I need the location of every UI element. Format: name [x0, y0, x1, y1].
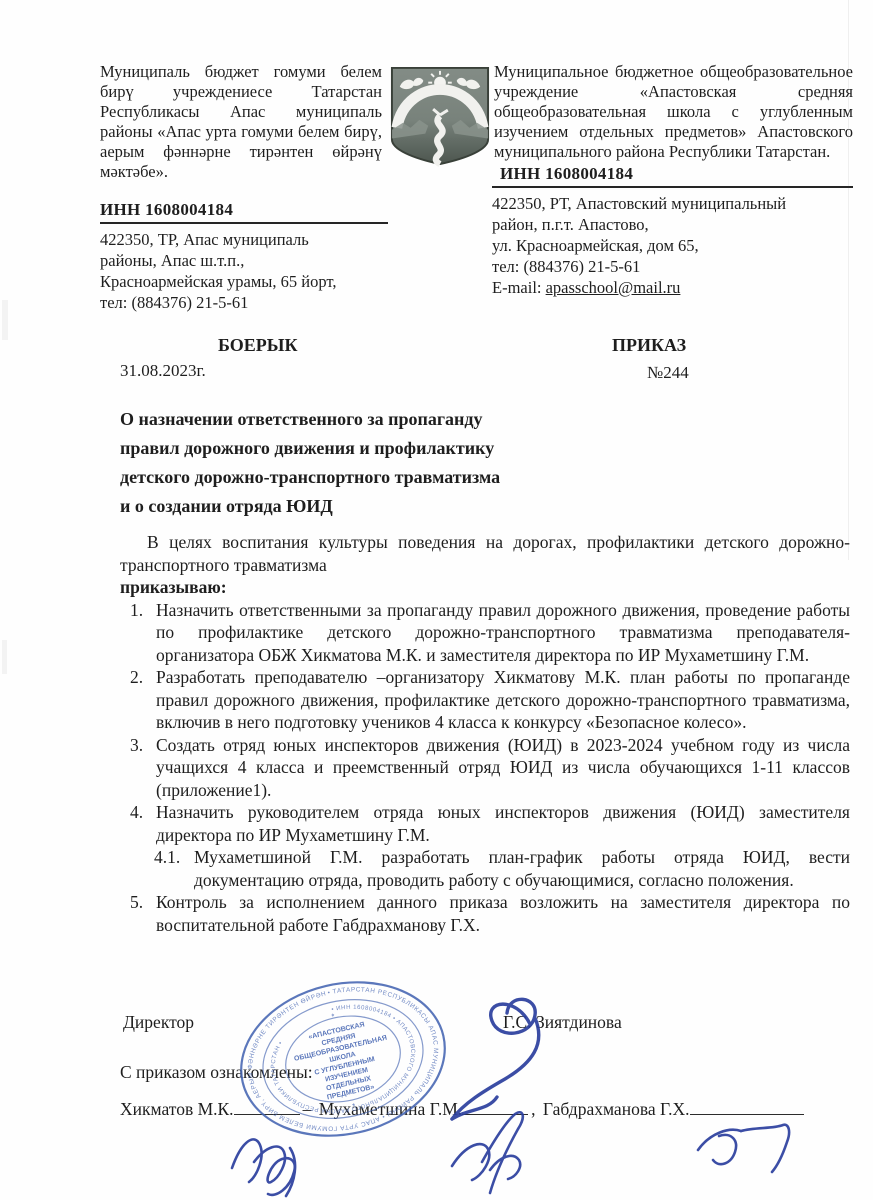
item-number: 4. — [130, 801, 156, 846]
inn-block-right: ИНН 1608004184 — [492, 164, 853, 188]
order-item-2: 2. Разработать преподавателю –организато… — [130, 666, 850, 734]
subject-line: и о создании отряда ЮИД — [120, 492, 853, 521]
inn-left: ИНН 1608004184 — [100, 200, 388, 222]
ack-ink-signature-1 — [224, 1120, 342, 1200]
decree-word: приказываю: — [120, 576, 850, 599]
letterhead-right-column: Муниципальное бюджетное общеобразователь… — [492, 62, 853, 313]
order-item-3: 3. Создать отряд юных инспекторов движен… — [130, 734, 850, 802]
address-line: 422350, ТР, Апас муниципаль — [100, 229, 388, 250]
order-item-5: 5. Контроль за исполнением данного прика… — [130, 891, 850, 936]
address-right: 422350, РТ, Апастовский муниципальный ра… — [492, 193, 853, 298]
letterhead-left-column: Муниципаль бюджет гомуми белем бирү учре… — [100, 62, 388, 313]
organization-name-russian: Муниципальное бюджетное общеобразователь… — [492, 62, 853, 162]
scanned-order-document: Муниципаль бюджет гомуми белем бирү учре… — [0, 0, 873, 1200]
address-line: Красноармейская урамы, 65 йорт, — [100, 271, 388, 292]
item-text: Мухаметшиной Г.М. разработать план-графи… — [194, 846, 850, 891]
emblem-cell — [388, 62, 492, 313]
address-line: тел: (884376) 21-5-61 — [100, 292, 388, 313]
order-item-4: 4. Назначить руководителем отряда юных и… — [130, 801, 850, 846]
item-text: Создать отряд юных инспекторов движения … — [156, 734, 850, 802]
address-line: тел: (884376) 21-5-61 — [492, 256, 853, 277]
subject-line: детского дорожно-транспортного травматиз… — [120, 463, 853, 492]
item-number: 3. — [130, 734, 156, 802]
order-intro-paragraph: В целях воспитания культуры поведения на… — [120, 531, 850, 576]
item-text: Назначить руководителем отряда юных инсп… — [156, 801, 850, 846]
order-item-4-1: 4.1. Мухаметшиной Г.М. разработать план-… — [154, 846, 850, 891]
email-line: E-mail: apasschool@mail.ru — [492, 277, 853, 298]
scan-smudge — [2, 640, 7, 674]
signature-blank — [690, 1100, 804, 1115]
ack-ink-signature-3 — [688, 1116, 802, 1180]
scan-edge-artifact — [848, 0, 849, 560]
item-number: 1. — [130, 599, 156, 667]
item-text: Контроль за исполнением данного приказа … — [156, 891, 850, 936]
coat-of-arms-icon — [389, 65, 491, 167]
order-title-russian: ПРИКАЗ — [612, 335, 686, 356]
order-number: №244 — [647, 363, 689, 383]
subject-line: О назначении ответственного за пропаганд… — [120, 405, 853, 434]
address-left: 422350, ТР, Апас муниципаль районы, Апас… — [100, 229, 388, 313]
item-text: Назначить ответственными за пропаганду п… — [156, 599, 850, 667]
ack-ink-signature-2 — [438, 1106, 556, 1200]
address-line: районы, Апас ш.т.п., — [100, 250, 388, 271]
svg-text:*: * — [331, 1012, 336, 1021]
order-heading: БОЕРЫК ПРИКАЗ 31.08.2023г. №244 — [100, 335, 853, 393]
subject-line: правил дорожного движения и профилактику — [120, 434, 853, 463]
letterhead: Муниципаль бюджет гомуми белем бирү учре… — [100, 62, 853, 313]
organization-name-tatar: Муниципаль бюджет гомуми белем бирү учре… — [100, 62, 388, 182]
item-text: Разработать преподавателю –организатору … — [156, 666, 850, 734]
inn-block-left: ИНН 1608004184 — [100, 200, 388, 224]
inn-right: ИНН 1608004184 — [492, 164, 853, 186]
item-number: 5. — [130, 891, 156, 936]
order-date: 31.08.2023г. — [120, 361, 206, 381]
item-number: 2. — [130, 666, 156, 734]
director-label: Директор — [123, 1012, 194, 1033]
item-number: 4.1. — [154, 846, 194, 891]
order-subject: О назначении ответственного за пропаганд… — [120, 405, 853, 521]
order-title-tatar: БОЕРЫК — [218, 335, 298, 356]
email-label: E-mail: — [492, 278, 546, 297]
address-line: ул. Красноармейская, дом 65, — [492, 235, 853, 256]
address-line: 422350, РТ, Апастовский муниципальный — [492, 193, 853, 214]
scan-smudge — [2, 300, 8, 340]
address-line: район, п.г.т. Апастово, — [492, 214, 853, 235]
order-item-1: 1. Назначить ответственными за пропаганд… — [130, 599, 850, 667]
order-items-list: 1. Назначить ответственными за пропаганд… — [130, 599, 850, 937]
ack-name-1: Хикматов М.К. — [120, 1099, 234, 1119]
email-link[interactable]: apasschool@mail.ru — [546, 278, 681, 297]
